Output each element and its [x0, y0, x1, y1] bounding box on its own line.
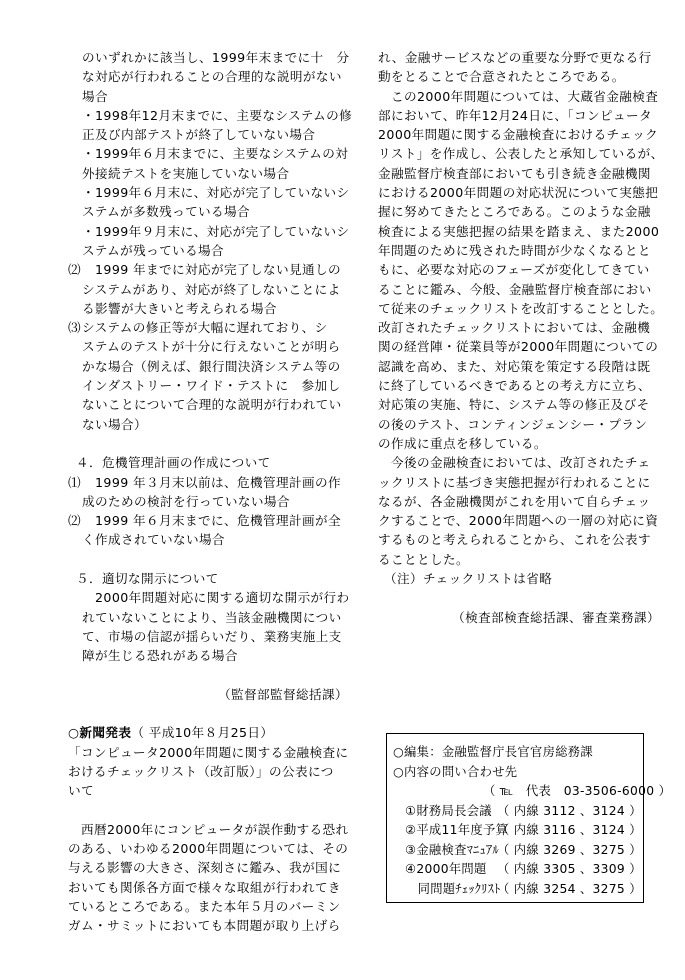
press-body-line: 西暦2000年にコンピュータが誤作動する恐れ [68, 820, 348, 839]
text-line: 年問題のために残された時間が少なくなるとと [378, 241, 660, 260]
contact-label: ②平成11年度予算 [393, 821, 497, 841]
text-line: ックリストに基づき実態把握が行われることに [378, 473, 660, 492]
attribution-inspection: （検査部検査総括課、審査業務課） [378, 608, 660, 627]
text-line: 動をとることで合意されたところである。 [378, 67, 660, 86]
contact-label: 同問題ﾁｪｯｸﾘｽﾄ [393, 880, 497, 900]
text-line: システムの修正等が大幅に遅れており、シ [82, 320, 328, 335]
contact-ext: （ 内線 3112 、3124 ） [497, 802, 631, 822]
item-marker: ⑵ [68, 511, 82, 530]
text-line: 対応策の実施、特に、システム等の修正及びそ [378, 395, 660, 414]
text-line: この2000年問題については、大蔵省金融検査 [378, 87, 660, 106]
text-line: リスト」を作成し、公表したと承知しているが、 [378, 144, 660, 163]
text-line: ない場合） [68, 415, 348, 434]
section-4-heading: ４．危機管理計画の作成について [68, 453, 348, 472]
text-line: ないことについて合理的な説明が行われてい [68, 395, 348, 414]
bullet-line: 正及び内部テストが終了していない場合 [68, 125, 348, 144]
text-line: 関の経営陣・従業員等が2000年問題についての [378, 337, 660, 356]
text-line: の作成に重点を移している。 [378, 434, 660, 453]
text-line: く作成されていない場合 [68, 530, 348, 549]
contact-label: ③金融検査ﾏﾆｭｱﾙ [393, 841, 497, 861]
item-2: ⑵ 1999 年までに対応が完了しない見通しの [68, 260, 348, 279]
text-line: なるが、各金融機関がこれを用いて自らチェッ [378, 492, 660, 511]
press-body-line: のある、いわゆる2000年問題については、その [68, 839, 348, 858]
contact-label: ④2000年問題 [393, 860, 497, 880]
text-line: 検査による実態把握の結果を踏まえ、また2000 [378, 222, 660, 241]
note: （注）チェックリストは省略 [378, 569, 660, 588]
bullet-line: ステムが残っている場合 [68, 241, 348, 260]
text-line: 今後の金融検査においては、改訂されたチェ [378, 453, 660, 472]
text-line: システムがあり、対応が終了しないことによ [68, 280, 348, 299]
section-4-item-1: ⑴ 1999 年３月末以前は、危機管理計画の作 [68, 473, 348, 492]
right-body: れ、金融サービスなどの重要な分野で更なる行動をとることで合意されたところである。… [378, 48, 660, 569]
bullet-line: ステムが多数残っている場合 [68, 202, 348, 221]
press-label: 新聞発表 [79, 725, 131, 740]
item-marker: ⑴ [68, 473, 82, 492]
press-body-line: ているところである。また本年５月のバーミン [68, 897, 348, 916]
text-line: 改訂されたチェックリストにおいては、金融機 [378, 318, 660, 337]
contact-label: ①財務局長会議 [393, 802, 497, 822]
contact-ext: （ 内線 3269 、3275 ） [497, 841, 631, 861]
contact-row: ③金融検査ﾏﾆｭｱﾙ（ 内線 3269 、3275 ） [393, 841, 643, 861]
text-line: 1999 年までに対応が完了しない見通しの [82, 262, 341, 277]
circle-bullet: ○ [68, 725, 79, 740]
text-line: 2000年問題対応に関する適切な開示が行わ [68, 588, 348, 607]
text-line: ステムのテストが十分に行えないことが明ら [68, 337, 348, 356]
text-line: するものと考えられることから、これを公表す [378, 530, 660, 549]
contact-ext: （ 内線 3116 、3124 ） [497, 821, 631, 841]
contact-ext: （ 内線 3254 、3275 ） [497, 880, 631, 900]
text-line: る影響が大きいと考えられる場合 [68, 299, 348, 318]
contact-ext: （ 内線 3305 、3309 ） [497, 860, 631, 880]
text-line: 金融監督庁検査部においても引き続き金融機関 [378, 164, 660, 183]
text-line: に終了しているべきであるとの考え方に立ち、 [378, 376, 660, 395]
bullet-line: ・1999年６月末に、対応が完了していないシ [68, 183, 348, 202]
bullet-line: ・1998年12月末までに、主要なシステムの修 [68, 106, 348, 125]
text-line: な対応が行われることの合理的な説明がない [68, 67, 348, 86]
left-column: のいずれかに該当し、1999年末までに十 分 な対応が行われることの合理的な説明… [68, 48, 348, 936]
bullet-line: ・1999年９月末に、対応が完了していないシ [68, 222, 348, 241]
item-marker: ⑵ [68, 260, 82, 279]
item-3: ⑶システムの修正等が大幅に遅れており、シ [68, 318, 348, 337]
press-title-line: いて [68, 781, 348, 800]
contact-box: ○編集：金融監督庁長官官房総務課 ○内容の問い合わせ先 （ ℡ 代表 03-35… [386, 733, 644, 903]
text-line: における2000年問題の対応状況について実態把 [378, 183, 660, 202]
text-line: 成のための検討を行っていない場合 [68, 492, 348, 511]
inquiry-line: ○内容の問い合わせ先 [393, 763, 643, 783]
text-line: 握に努めてきたところである。このような金融 [378, 202, 660, 221]
text-line: 1999 年６月末までに、危機管理計画が全 [82, 513, 341, 528]
attribution-supervision: （監督部監督総括課） [68, 685, 348, 704]
contact-row: 同問題ﾁｪｯｸﾘｽﾄ（ 内線 3254 、3275 ） [393, 880, 643, 900]
right-column: れ、金融サービスなどの重要な分野で更なる行動をとることで合意されたところである。… [378, 48, 660, 627]
text-line: クすることで、2000年問題への一層の対応に資 [378, 511, 660, 530]
text-line: 場合 [68, 87, 348, 106]
item-marker: ⑶ [68, 318, 82, 337]
text-line: て、市場の信認が揺らいだり、業務実施上支 [68, 627, 348, 646]
press-body-line: 与える影響の大きさ、深刻さに鑑み、我が国に [68, 858, 348, 877]
section-4-item-2: ⑵ 1999 年６月末までに、危機管理計画が全 [68, 511, 348, 530]
text-line: のいずれかに該当し、1999年末までに十 分 [68, 48, 348, 67]
text-line: 部において、昨年12月24日に、「コンピュータ [378, 106, 660, 125]
text-line: れていないことにより、当該金融機関につい [68, 608, 348, 627]
text-line: ることとした。 [378, 550, 660, 569]
press-body-line: おいても関係各方面で様々な取組が行われてき [68, 878, 348, 897]
text-line: れ、金融サービスなどの重要な分野で更なる行 [378, 48, 660, 67]
text-line: 障が生じる恐れがある場合 [68, 646, 348, 665]
press-title-line: おけるチェックリスト（改訂版）」の公表につ [68, 762, 348, 781]
text-line: 2000年問題に関する金融検査におけるチェック [378, 125, 660, 144]
press-body-line: ガム・サミットにおいても本問題が取り上げら [68, 916, 348, 935]
press-date: （ 平成10年８月25日） [131, 725, 273, 740]
bullet-line: ・1999年６月末までに、主要なシステムの対 [68, 144, 348, 163]
section-5-heading: ５．適切な開示について [68, 569, 348, 588]
contact-row: ①財務局長会議（ 内線 3112 、3124 ） [393, 802, 643, 822]
text-line: の後のテスト、コンティンジェンシー・プラン [378, 415, 660, 434]
text-line: かな場合（例えば、銀行間決済システム等の [68, 357, 348, 376]
press-title-line: 「コンピュータ2000年問題に関する金融検査に [68, 743, 348, 762]
editor-line: ○編集：金融監督庁長官官房総務課 [393, 743, 643, 763]
contact-row: ④2000年問題（ 内線 3305 、3309 ） [393, 860, 643, 880]
tel-line: （ ℡ 代表 03-3506-6000 ） [393, 782, 643, 802]
text-line: インダストリー・ワイド・テストに 参加し [68, 376, 348, 395]
text-line: て従来のチェックリストを改訂することとした。 [378, 299, 660, 318]
contact-row: ②平成11年度予算（ 内線 3116 、3124 ） [393, 821, 643, 841]
text-line: 1999 年３月末以前は、危機管理計画の作 [82, 475, 341, 490]
text-line: 認識を高め、また、対応策を策定する段階は既 [378, 357, 660, 376]
text-line: ることに鑑み、今般、金融監督庁検査部におい [378, 280, 660, 299]
bullet-line: 外接続テストを実施していない場合 [68, 164, 348, 183]
press-release-header: ○新聞発表（ 平成10年８月25日） [68, 723, 348, 742]
text-line: もに、必要な対応のフェーズが変化してきてい [378, 260, 660, 279]
